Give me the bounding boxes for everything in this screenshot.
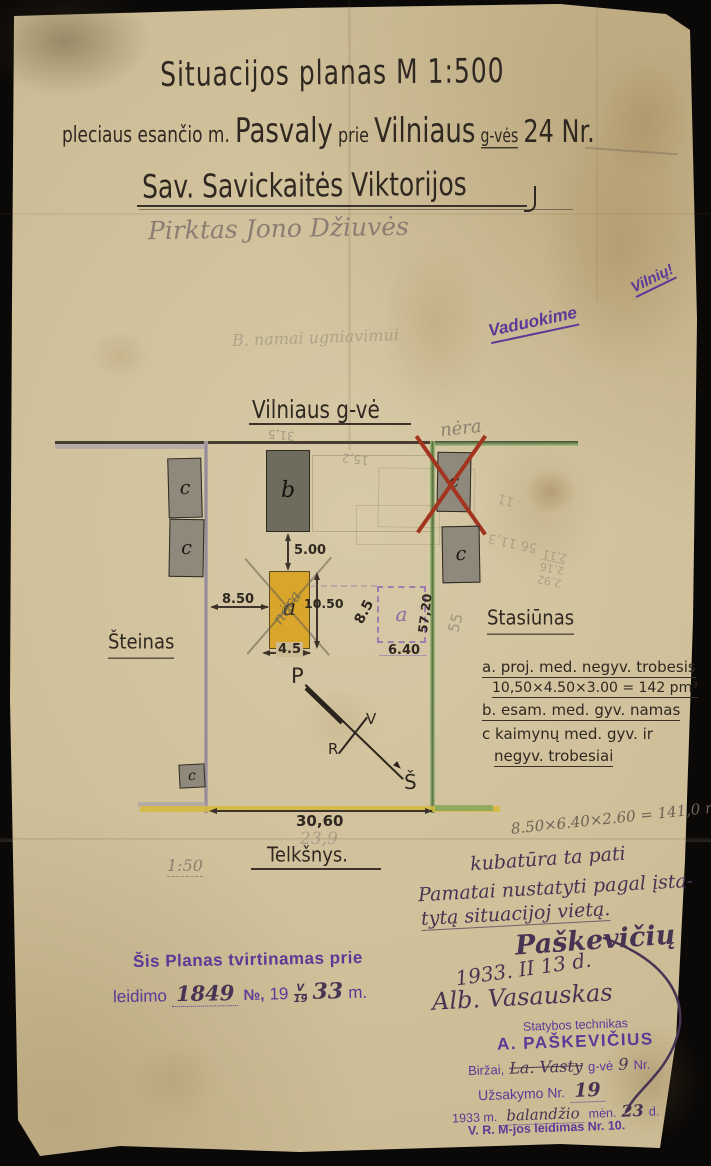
approval-stamp-line1: Šis Planas tvirtinamas prie [133, 948, 363, 972]
arrowhead [314, 641, 320, 649]
tech-addr-mid: g-vė [588, 1058, 614, 1074]
approval-stamp-line2: leidimo 1849 №, 19 V19 33 m. [113, 978, 368, 1009]
pencil-sketch-outline [356, 505, 440, 545]
scanned-plan-document: Situacijos planas M 1:500 pleciaus esanč… [0, 0, 711, 1166]
dim-850: 8.50 [222, 592, 254, 607]
title-line2: pleciaus esančio m. Pasvaly prie Vilniau… [62, 112, 595, 151]
approval-pre: leidimo [113, 986, 167, 1006]
arrowhead [285, 533, 291, 541]
building-b-main: b [266, 450, 310, 532]
owner-underline-2 [139, 209, 573, 210]
compass-east-label: R [328, 740, 338, 758]
owner-bottom-underline [251, 868, 381, 870]
pencil-number-top1: 31,5 [267, 427, 295, 443]
dim-1050: 10.50 [304, 596, 344, 611]
approval-year-prefix: 19 [269, 984, 288, 1003]
plot-left-boundary [204, 441, 208, 813]
legend-line-c2: negyv. trobesiai [494, 747, 613, 767]
arrowhead [210, 604, 218, 610]
owner-right-label: Stasiūnas [487, 606, 574, 635]
approval-suffix: m. [348, 983, 367, 1002]
approval-year-handwritten: 33 [312, 978, 343, 1005]
arrowhead [425, 808, 433, 814]
tech-addr-handwritten: La. Vasty [509, 1056, 583, 1078]
approval-number-handwritten: 1849 [172, 980, 239, 1007]
dim-3060: 30,60 [296, 812, 343, 830]
owner-underline [137, 205, 527, 207]
building-b-label: b [281, 478, 295, 503]
tech-order-label: Užsakymo Nr. [478, 1084, 566, 1103]
compass-north-label: P [291, 664, 304, 688]
building-c-label: c [455, 543, 466, 565]
approval-date-fraction: V19 [293, 983, 307, 1005]
tech-addr-no: 9 [618, 1055, 629, 1074]
approval-nr-symbol: №, [243, 987, 264, 1004]
dim-5: 5.00 [294, 543, 326, 558]
title-line2-small2: prie [338, 122, 369, 147]
legend-line-b: b. esam. med. gyv. namas [482, 701, 680, 721]
compass-south-label: Š [404, 770, 417, 794]
tech-order-no: 19 [570, 1079, 605, 1103]
bottom-green-segment [435, 805, 493, 811]
building-c-left-top: c [167, 458, 203, 519]
title-line2-gves: g-vės [481, 126, 519, 148]
compass-west-label: V [366, 710, 376, 728]
building-c-left-bottom: c [168, 519, 204, 578]
building-c-label: c [188, 768, 197, 784]
arrowhead [261, 604, 269, 610]
owner-bottom-label: Telkšnys. [267, 843, 348, 867]
bracket-mark [524, 186, 536, 212]
dashed-a-label: a [396, 602, 408, 626]
arrowhead [209, 808, 217, 814]
title-line2-small1: pleciaus esančio m. [62, 122, 230, 148]
building-c-right: c [442, 526, 481, 584]
arrowhead [262, 650, 270, 656]
arrowhead [303, 650, 311, 656]
tech-addr-suf: Nr. [633, 1057, 650, 1073]
street-label: Vilniaus g-vė [252, 394, 380, 424]
tech-addr-pre: Biržai, [468, 1062, 505, 1078]
legend-line-c1: c kaimynų med. gyv. ir [482, 725, 653, 743]
pencil-scale: 1:50 [167, 856, 203, 877]
owner-left-label: Šteinas [108, 630, 174, 659]
building-c-small: c [178, 763, 205, 788]
building-c-label: c [179, 477, 190, 499]
legend-line-a2: 10,50×4.50×3.00 = 142 pm³ [492, 680, 698, 698]
arrowhead [314, 572, 320, 580]
dim-640: 6.40 [388, 643, 420, 658]
dim-45: 4.5 [276, 642, 303, 657]
tech-order-line: Užsakymo Nr. 19 [478, 1079, 605, 1105]
legend-line-a: a. proj. med. negyv. trobesis [482, 658, 696, 678]
title-line2-big2: Vilniaus [374, 112, 475, 151]
street-lavender-band [55, 444, 207, 449]
title-line2-number: 24 Nr. [523, 113, 594, 149]
frac-year: 19 [294, 994, 308, 1006]
street-label-underline [249, 423, 411, 425]
pencil-owner-note: Pirktas Jono Džiuvės [148, 212, 409, 246]
title-line1: Situacijos planas M 1:500 [160, 51, 505, 94]
title-line2-big1: Pasvaly [235, 112, 333, 151]
building-c-label: c [181, 537, 192, 559]
nera-street-note: nėra [439, 416, 483, 441]
dashed-extension-line [311, 585, 377, 587]
green-top-segment [435, 441, 578, 446]
tech-date-suf: d. [649, 1104, 660, 1118]
frac-month: V [296, 982, 304, 993]
title-owner: Sav. Savickaitės Viktorijos [142, 165, 467, 206]
arrowhead [285, 563, 291, 571]
